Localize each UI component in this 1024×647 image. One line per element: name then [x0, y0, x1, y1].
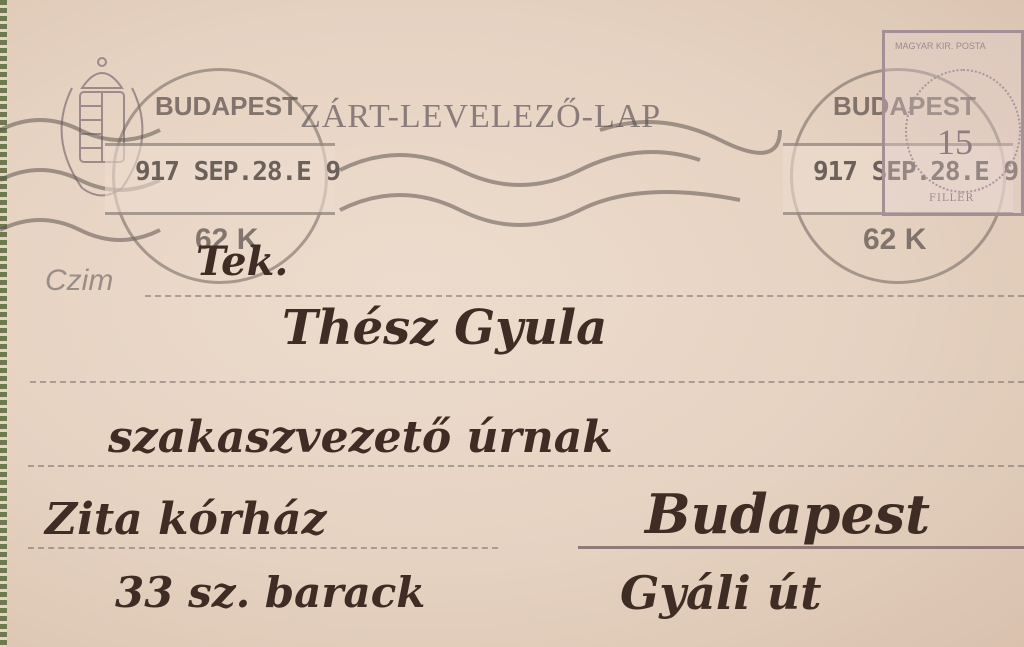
handwritten-city: Budapest — [645, 482, 930, 546]
address-line-3 — [28, 465, 1024, 467]
postmark-office: 62 K — [863, 223, 926, 257]
address-line-1 — [145, 295, 1024, 297]
handwritten-title: szakaszvezető úrnak — [108, 412, 613, 463]
city-underline — [578, 546, 1024, 549]
postmark-date: 917 SEP.28.E 9 — [135, 157, 340, 187]
stamp-value: 15 — [937, 121, 973, 163]
stamp-issuer: MAGYAR KIR. POSTA — [895, 41, 986, 51]
postmark-city: BUDAPEST — [155, 91, 298, 122]
postage-stamp: MAGYAR KIR. POSTA 15 FILLÉR — [882, 30, 1024, 216]
address-line-2 — [30, 381, 1024, 383]
address-line-4 — [28, 547, 498, 549]
handwritten-location-1: Zita kórház — [45, 494, 327, 545]
address-label: Czim — [45, 264, 113, 298]
handwritten-name: Thész Gyula — [282, 300, 607, 356]
stamp-currency: FILLÉR — [929, 193, 974, 204]
handwritten-street: Gyáli út — [620, 566, 821, 620]
handwritten-salutation: Tek. — [196, 238, 288, 285]
handwritten-location-2: 33 sz. barack — [115, 568, 425, 617]
